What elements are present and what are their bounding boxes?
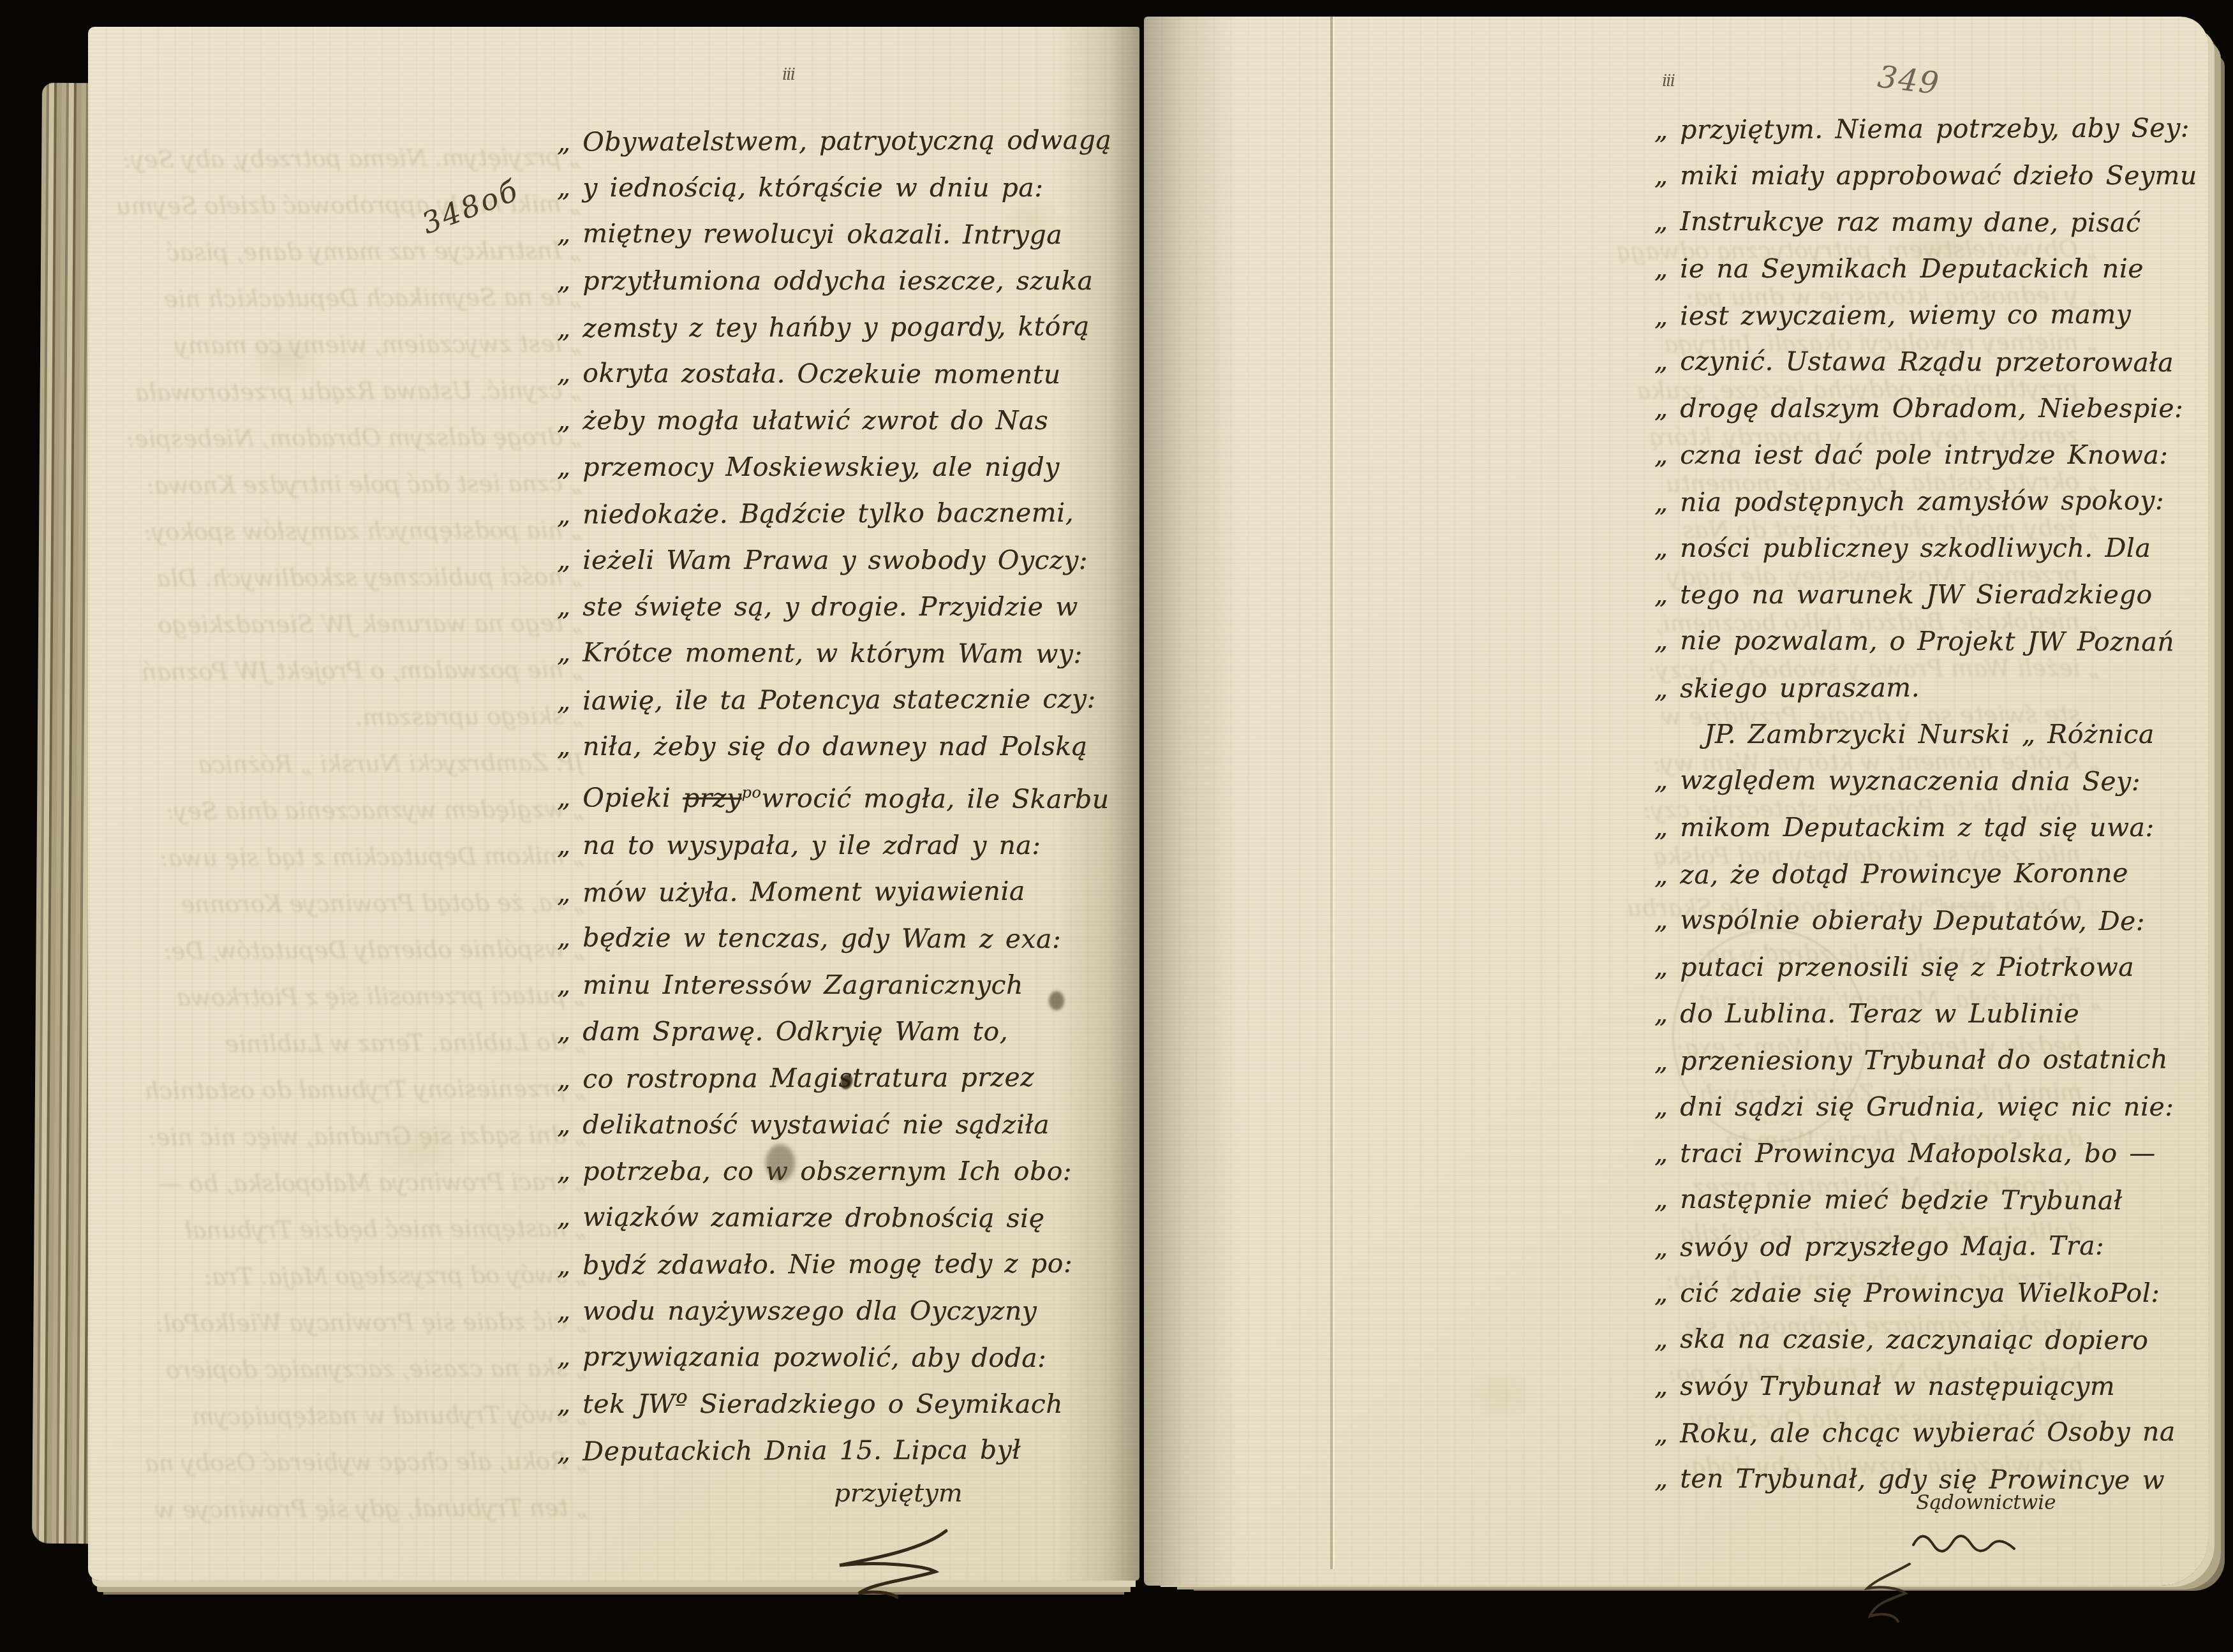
manuscript-line: „ zemsty z tey hańby y pogardy, którą: [557, 303, 1106, 351]
bleedthrough-line: „ putaci przenosili się z Piotrkowa: [100, 972, 585, 1021]
manuscript-line: „ tego na warunek JW Sieradzkiego: [1654, 572, 2152, 618]
bleedthrough-line: „ drogę dalszym Obradom, Niebespie:: [98, 413, 582, 462]
manuscript-line: „ wodu nayżywszego dla Oyczyzny: [557, 1288, 1106, 1334]
catchword-underline-icon: [1910, 1527, 2018, 1559]
bleedthrough-line: „ do Lublina. Teraz w Lublinie: [101, 1019, 586, 1068]
manuscript-line: „ ności publiczney szkodliwych. Dla: [1654, 525, 2152, 572]
right-page-text: „ przyiętym. Niema potrzeby, aby Sey:„ m…: [1654, 106, 2152, 1503]
manuscript-line: „ niedokaże. Bądźcie tylko bacznemi,: [557, 489, 1106, 538]
manuscript-line: „ czynić. Ustawa Rządu przetorowała: [1654, 338, 2152, 386]
right-page: „ Obywatelstwem, patryotyczną odwagą„ y …: [1144, 17, 2208, 1586]
bleedthrough-line: „ traci Prowincya Małopolska, bo —: [101, 1158, 586, 1207]
bleedthrough-line: „ czna iest dać pole intrydze Knowa:: [98, 460, 582, 509]
catchword: przyiętym: [764, 1479, 1032, 1508]
manuscript-line: „ czna iest dać pole intrydze Knowa:: [1654, 432, 2152, 478]
manuscript-line: „ wiązków zamiarze drobnością się: [557, 1193, 1106, 1242]
manuscript-line: „ bydź zdawało. Nie mogę tedy z po:: [557, 1240, 1106, 1288]
manuscript-line: „ ste święte są, y drogie. Przyidzie w: [557, 584, 1106, 630]
manuscript-line: „ do Lublina. Teraz w Lublinie: [1654, 991, 2152, 1037]
bleedthrough-line: „ skiego upraszam.: [99, 693, 584, 742]
manuscript-line: „ delikatność wystawiać nie sądziła: [557, 1102, 1106, 1148]
scanner-background: „ przyiętym. Niema potrzeby, aby Sey:„ m…: [0, 0, 2233, 1652]
manuscript-line: „ swóy Trybunał w następuiącym: [1654, 1363, 2152, 1410]
manuscript-line: „ na to wysypała, y ile zdrad y na:: [557, 822, 1106, 869]
manuscript-line: „ będzie w tenczas, gdy Wam z exa:: [557, 914, 1106, 962]
manuscript-line: „ przyiętym. Niema potrzeby, aby Sey:: [1654, 105, 2152, 154]
bleedthrough-line: „ dni sądzi się Grudnia, więc nic nie:: [101, 1112, 586, 1161]
manuscript-line: „ miętney rewolucyi okazali. Intryga: [557, 210, 1106, 259]
left-page-text: „ Obywatelstwem, patryotyczną odwagą„ y …: [557, 118, 1106, 1474]
manuscript-line: „ Obywatelstwem, patryotyczną odwagą: [557, 117, 1106, 165]
bleedthrough-line: „ tego na warunek JW Sieradzkiego: [98, 600, 583, 649]
bleedthrough-line: „ ten Trybunał, gdy się Prowincye w: [103, 1484, 588, 1527]
manuscript-line: „ okryta została. Oczekuie momentu: [557, 350, 1106, 399]
manuscript-line: „ ieżeli Wam Prawa y swobody Oyczy:: [557, 537, 1106, 584]
left-page: „ przyiętym. Niema potrzeby, aby Sey:„ m…: [88, 27, 1139, 1581]
bleedthrough-line: „ za, że dotąd Prowincye Koronne: [100, 879, 584, 928]
underlying-leaf-edge: [1330, 17, 1333, 1569]
bleedthrough-line: „ ności publiczney szkodliwych. Dla: [98, 553, 583, 602]
manuscript-line: „ traci Prowincya Małopolska, bo —: [1654, 1130, 2152, 1177]
bleedthrough-line: „ nia podstępnych zamysłów spokoy:: [98, 506, 582, 556]
manuscript-line: „ następnie mieć będzie Trybunał: [1654, 1176, 2152, 1224]
manuscript-line: JP. Zambrzycki Nurski „ Różnica: [1654, 711, 2152, 758]
manuscript-line: „ Instrukcye raz mamy dane, pisać: [1654, 198, 2152, 246]
bleedthrough-line: „ następnie mieć będzie Trybunał: [101, 1205, 586, 1254]
manuscript-line: „ mów użyła. Moment wyiawienia: [557, 867, 1106, 916]
manuscript-line: „ Opieki przypowrocić mogła, ile Skarbu: [557, 769, 1106, 823]
catchword-flourish-icon: [828, 1527, 956, 1604]
manuscript-line: „ potrzeba, co w obszernym Ich obo:: [557, 1148, 1106, 1195]
manuscript-line: „ co rostropna Magistratura przez: [557, 1054, 1106, 1102]
manuscript-line: „ niła, żeby się do dawney nad Polską: [557, 723, 1106, 770]
bleedthrough-line: „ mikom Deputackim z tąd się uwa:: [100, 832, 584, 881]
manuscript-line: „ Roku, ale chcąc wybierać Osoby na: [1654, 1409, 2152, 1457]
bleedthrough-line: „ iest zwyczaiem, wiemy co mamy: [97, 320, 582, 369]
manuscript-line: „ żeby mogła ułatwić zwrot do Nas: [557, 397, 1106, 444]
manuscript-line: „ dni sądzi się Grudnia, więc nic nie:: [1654, 1084, 2152, 1130]
manuscript-line: „ y iednością, którąście w dniu pa:: [557, 165, 1106, 211]
ink-blot: [1049, 991, 1064, 1010]
manuscript-line: „ iawię, ile ta Potencya statecznie czy:: [557, 675, 1106, 724]
bleedthrough-line: JP. Zambrzycki Nurski „ Różnica: [99, 739, 584, 788]
manuscript-line: „ minu Interessów Zagranicznych: [557, 962, 1106, 1008]
bleedthrough-line: „ swóy Trybunał w następuiącym: [103, 1391, 588, 1440]
bleedthrough-line: „ ie na Seymikach Deputackich nie: [96, 274, 581, 323]
manuscript-line: „ cić zdaie się Prowincya WielkoPol:: [1654, 1270, 2152, 1316]
bleedthrough-line: „ czynić. Ustawa Rządu przetorowała: [97, 367, 582, 416]
manuscript-line: „ przywiązania pozwolić, aby doda:: [557, 1333, 1106, 1382]
bleedthrough-line: „ względem wyznaczenia dnia Sey:: [100, 786, 584, 835]
bleedthrough-line: „ wspólnie obierały Deputatów, De:: [100, 926, 585, 975]
bleedthrough-line: „ Instrukcye raz mamy dane, pisać: [96, 227, 581, 276]
bleedthrough-line: „ swóy od przyszłego Maja. Tra:: [101, 1251, 586, 1301]
manuscript-line: „ Krótce moment, w którym Wam wy:: [557, 630, 1106, 678]
manuscript-line: „ drogę dalszym Obradom, Niebespie:: [1654, 385, 2152, 432]
manuscript-line: „ ie na Seymikach Deputackich nie: [1654, 246, 2152, 292]
catchword: Sądownictwie: [1871, 1491, 2101, 1514]
manuscript-line: „ tek JWº Sieradzkiego o Seymikach: [557, 1381, 1106, 1427]
bleedthrough-text: „ przyiętym. Niema potrzeby, aby Sey:„ m…: [96, 134, 588, 1527]
corner-flourish-icon: [1857, 1560, 1927, 1630]
manuscript-line: „ za, że dotąd Prowincye Koronne: [1654, 850, 2152, 899]
manuscript-line: „ nia podstępnych zamysłów spokoy:: [1654, 478, 2152, 526]
manuscript-line: „ wspólnie obierały Deputatów, De:: [1654, 897, 2152, 945]
manuscript-line: „ przemocy Moskiewskiey, ale nigdy: [557, 444, 1106, 490]
manuscript-scan: { "ditto_mark": "„", "colors": { "backgr…: [0, 0, 2233, 1652]
manuscript-line: „ względem wyznaczenia dnia Sey:: [1654, 757, 2152, 805]
bleedthrough-line: „ ska na czasie, zaczynaiąc dopiero: [102, 1345, 587, 1394]
manuscript-line: „ skiego upraszam.: [1654, 664, 2152, 712]
ink-smudge: [766, 1144, 795, 1181]
pencil-page-number: 349: [1876, 59, 1942, 101]
manuscript-line: „ putaci przenosili się z Piotrkowa: [1654, 944, 2152, 991]
quire-mark: iii: [1662, 71, 1674, 91]
bleedthrough-line: „ cić zdaie się Prowincya WielkoPol:: [102, 1298, 587, 1347]
manuscript-line: „ miki miały approbować dzieło Seymu: [1654, 152, 2152, 199]
bleedthrough-line: „ przeniesiony Trybunał do ostatnich: [101, 1065, 586, 1114]
manuscript-line: „ iest zwyczaiem, wiemy co mamy: [1654, 291, 2152, 340]
manuscript-line: „ przeniesiony Trybunał do ostatnich: [1654, 1036, 2152, 1085]
manuscript-line: „ Deputackich Dnia 15. Lipca był: [557, 1426, 1106, 1475]
bleedthrough-line: „ Roku, ale chcąc wybierać Osoby na: [103, 1438, 588, 1487]
manuscript-line: „ dam Sprawę. Odkryię Wam to,: [557, 1008, 1106, 1055]
manuscript-line: „ ska na czasie, zaczynaiąc dopiero: [1654, 1316, 2152, 1364]
quire-mark: iii: [782, 65, 794, 84]
manuscript-line: „ swóy od przyszłego Maja. Tra:: [1654, 1223, 2152, 1271]
manuscript-line: „ przytłumiona oddycha ieszcze, szuka: [557, 258, 1106, 304]
manuscript-line: „ nie pozwalam, o Projekt JW Poznań: [1654, 617, 2152, 665]
manuscript-line: „ mikom Deputackim z tąd się uwa:: [1654, 804, 2152, 851]
bleedthrough-line: „ nie pozwalam, o Projekt JW Poznań: [99, 646, 584, 695]
